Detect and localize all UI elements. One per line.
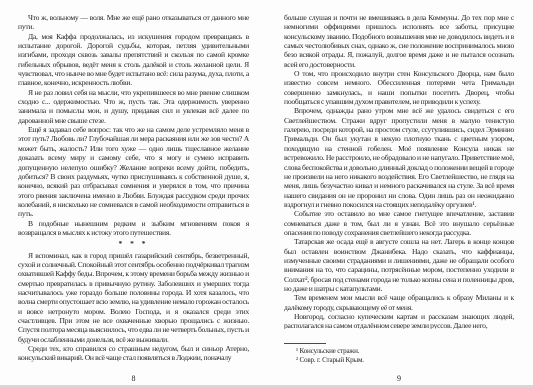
page-number-right: 9 bbox=[284, 374, 514, 383]
paragraph: Среди тех, кто справился со страшным нед… bbox=[18, 344, 249, 363]
paragraphs-top: Что ж, вольному — воля. Мне же ещё рано … bbox=[18, 13, 249, 237]
paragraph: Событие это оставило во мне самое гнетущ… bbox=[284, 209, 514, 237]
paragraphs-bottom: Я вспоминал, как в город пришёл газарийс… bbox=[18, 251, 249, 363]
page-right-text: больше слушая и почти не вмешиваясь в де… bbox=[284, 13, 514, 329]
paragraph: В подобные нынешним редким и зыбким мгно… bbox=[18, 219, 249, 238]
paragraph: Что ж, вольному — воля. Мне же ещё рано … bbox=[18, 13, 249, 32]
footnotes: ¹ Консульские стражи.² Совр. г. Старый К… bbox=[284, 343, 514, 365]
paragraph: Тем временем мои мысли всё чаще обращали… bbox=[284, 293, 514, 312]
page-left: Что ж, вольному — воля. Мне же ещё рано … bbox=[18, 13, 249, 387]
paragraph: Я не раз ловил себя на мысли, что укрепи… bbox=[18, 88, 249, 125]
paragraph: О том, что происходило внутри стен Консу… bbox=[284, 69, 514, 106]
footnote-list: ¹ Консульские стражи.² Совр. г. Старый К… bbox=[284, 347, 514, 365]
page-left-text: Что ж, вольному — воля. Мне же ещё рано … bbox=[18, 13, 249, 369]
paragraph: Новгород, согласно купеческим картам и р… bbox=[284, 312, 514, 329]
footnote: ² Совр. г. Старый Крым. bbox=[284, 356, 514, 365]
paragraph: больше слушая и почти не вмешиваясь в де… bbox=[284, 13, 514, 69]
page-number-left: 8 bbox=[18, 374, 249, 383]
paragraphs: больше слушая и почти не вмешиваясь в де… bbox=[284, 13, 514, 329]
section-separator: * * * bbox=[18, 239, 249, 248]
paragraph: Я вспоминал, как в город пришёл газарийс… bbox=[18, 251, 249, 344]
paragraph: Ещё я задавал себе вопрос: так что же на… bbox=[18, 125, 249, 218]
paragraph: Впрочем, однажды рано утром мне всё же у… bbox=[284, 106, 514, 209]
paragraph: Татарская же осада ещё в августе сошла н… bbox=[284, 237, 514, 293]
book-spread: Что ж, вольному — воля. Мне же ещё рано … bbox=[0, 0, 533, 387]
footnote-rule bbox=[284, 343, 326, 344]
page-right: больше слушая и почти не вмешиваясь в де… bbox=[284, 13, 514, 387]
footnote: ¹ Консульские стражи. bbox=[284, 347, 514, 356]
paragraph: Да, моя Каффа продолжалась, из искушения… bbox=[18, 32, 249, 88]
